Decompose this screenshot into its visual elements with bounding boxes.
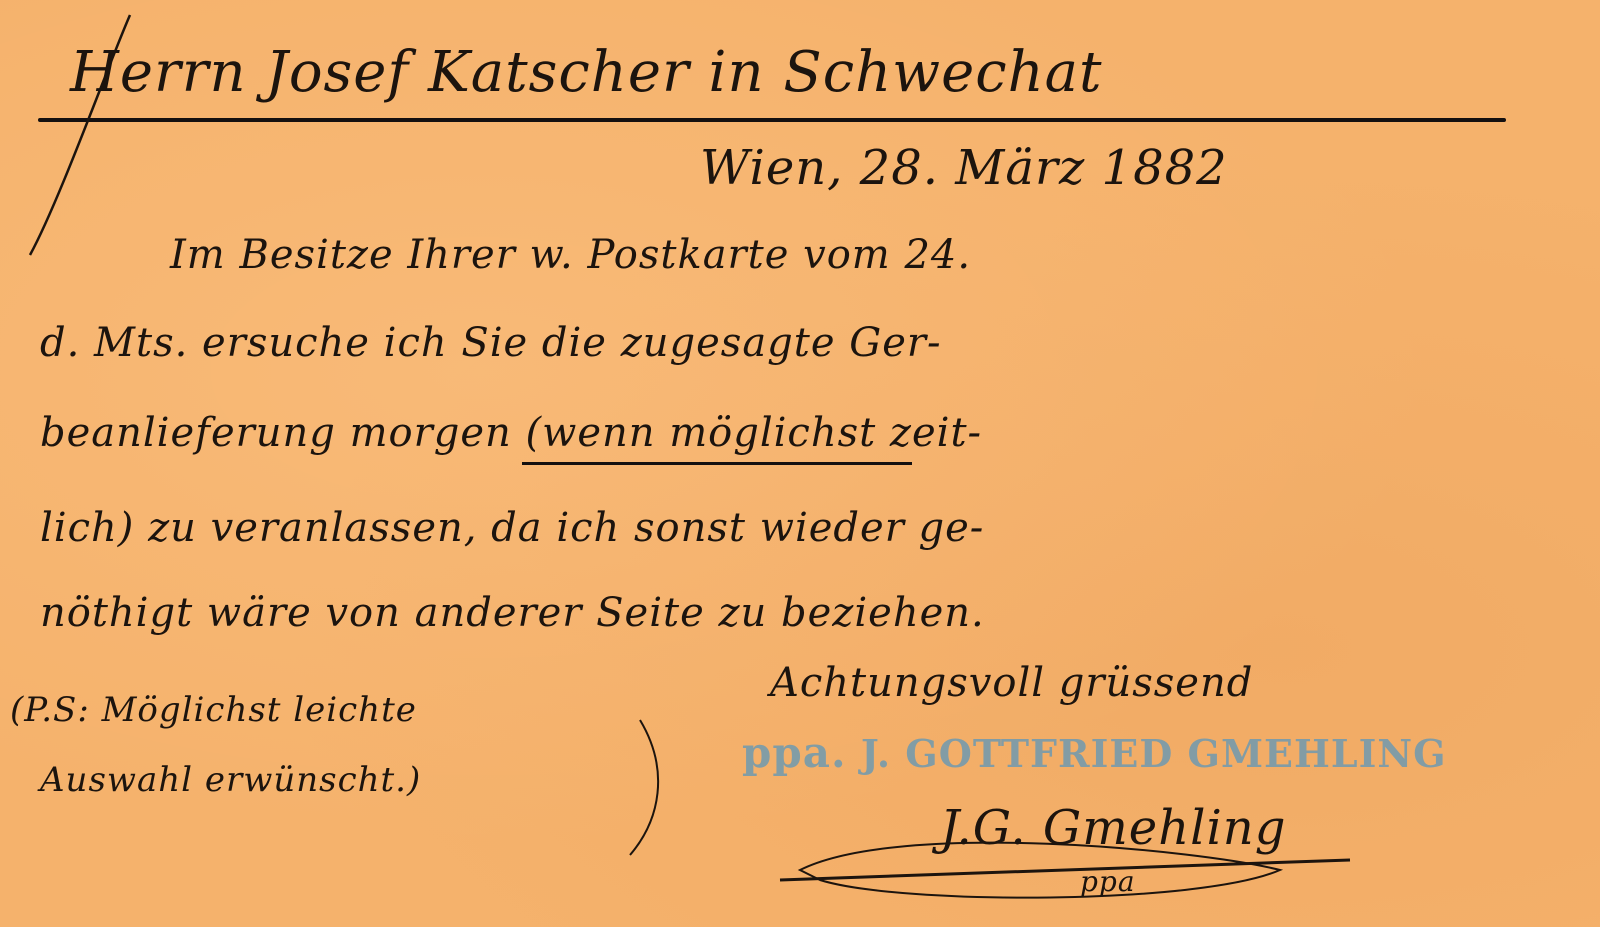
postcard: Herrn Josef Katscher in Schwechat Wien, …: [0, 0, 1600, 927]
pen-flourishes: [0, 0, 1600, 927]
